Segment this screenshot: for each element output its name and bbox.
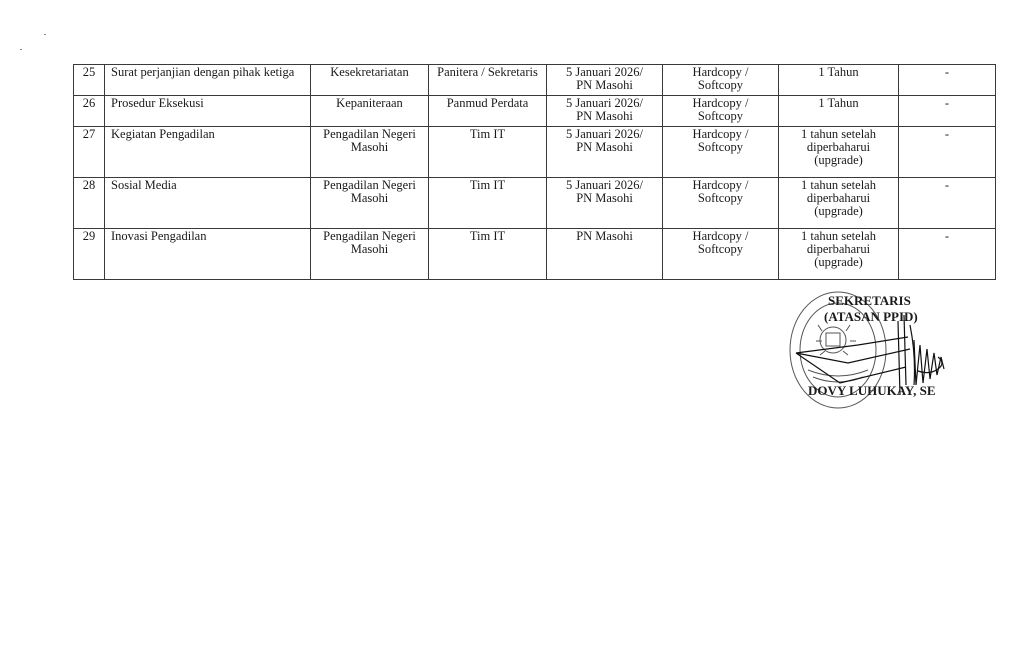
remarks-cell: - (899, 96, 996, 127)
authority-unit-cell: Kesekretariatan (311, 65, 429, 96)
table-row: 27Kegiatan PengadilanPengadilan NegeriMa… (74, 127, 996, 178)
retention-period-cell: 1 tahun setelahdiperbaharui(upgrade) (779, 127, 899, 178)
place-and-date-cell: 5 Januari 2026/PN Masohi (547, 178, 663, 229)
row-number-cell: 28 (74, 178, 105, 229)
retention-period-cell: 1 Tahun (779, 65, 899, 96)
table-row: 25Surat perjanjian dengan pihak ketigaKe… (74, 65, 996, 96)
format-cell: Hardcopy /Softcopy (663, 178, 779, 229)
place-and-date-cell: 5 Januari 2026/PN Masohi (547, 96, 663, 127)
signature-block: SEKRETARIS (ATASAN PPID) DOVY LUHUKAY, S… (788, 285, 968, 415)
scan-speck (44, 34, 46, 35)
signatory-subtitle: (ATASAN PPID) (824, 309, 918, 325)
remarks-cell: - (899, 127, 996, 178)
responsible-person-cell: Tim IT (429, 229, 547, 280)
information-name-cell: Kegiatan Pengadilan (105, 127, 311, 178)
format-cell: Hardcopy /Softcopy (663, 229, 779, 280)
row-number-cell: 25 (74, 65, 105, 96)
information-name-cell: Surat perjanjian dengan pihak ketiga (105, 65, 311, 96)
remarks-cell: - (899, 178, 996, 229)
row-number-cell: 27 (74, 127, 105, 178)
signatory-name: DOVY LUHUKAY, SE (808, 383, 936, 399)
scan-speck (20, 49, 22, 50)
row-number-cell: 29 (74, 229, 105, 280)
authority-unit-cell: Pengadilan NegeriMasohi (311, 178, 429, 229)
remarks-cell: - (899, 65, 996, 96)
responsible-person-cell: Panmud Perdata (429, 96, 547, 127)
format-cell: Hardcopy /Softcopy (663, 127, 779, 178)
remarks-cell: - (899, 229, 996, 280)
table-row: 26Prosedur EksekusiKepaniteraanPanmud Pe… (74, 96, 996, 127)
retention-period-cell: 1 tahun setelahdiperbaharui(upgrade) (779, 229, 899, 280)
row-number-cell: 26 (74, 96, 105, 127)
place-and-date-cell: 5 Januari 2026/PN Masohi (547, 65, 663, 96)
table-row: 28Sosial MediaPengadilan NegeriMasohiTim… (74, 178, 996, 229)
information-register-table: 25Surat perjanjian dengan pihak ketigaKe… (73, 64, 996, 280)
place-and-date-cell: PN Masohi (547, 229, 663, 280)
information-name-cell: Sosial Media (105, 178, 311, 229)
table-row: 29Inovasi PengadilanPengadilan NegeriMas… (74, 229, 996, 280)
responsible-person-cell: Tim IT (429, 127, 547, 178)
authority-unit-cell: Pengadilan NegeriMasohi (311, 229, 429, 280)
place-and-date-cell: 5 Januari 2026/PN Masohi (547, 127, 663, 178)
authority-unit-cell: Pengadilan NegeriMasohi (311, 127, 429, 178)
responsible-person-cell: Panitera / Sekretaris (429, 65, 547, 96)
format-cell: Hardcopy /Softcopy (663, 65, 779, 96)
format-cell: Hardcopy /Softcopy (663, 96, 779, 127)
retention-period-cell: 1 tahun setelahdiperbaharui(upgrade) (779, 178, 899, 229)
information-name-cell: Prosedur Eksekusi (105, 96, 311, 127)
retention-period-cell: 1 Tahun (779, 96, 899, 127)
signatory-title: SEKRETARIS (828, 293, 911, 309)
authority-unit-cell: Kepaniteraan (311, 96, 429, 127)
information-name-cell: Inovasi Pengadilan (105, 229, 311, 280)
responsible-person-cell: Tim IT (429, 178, 547, 229)
